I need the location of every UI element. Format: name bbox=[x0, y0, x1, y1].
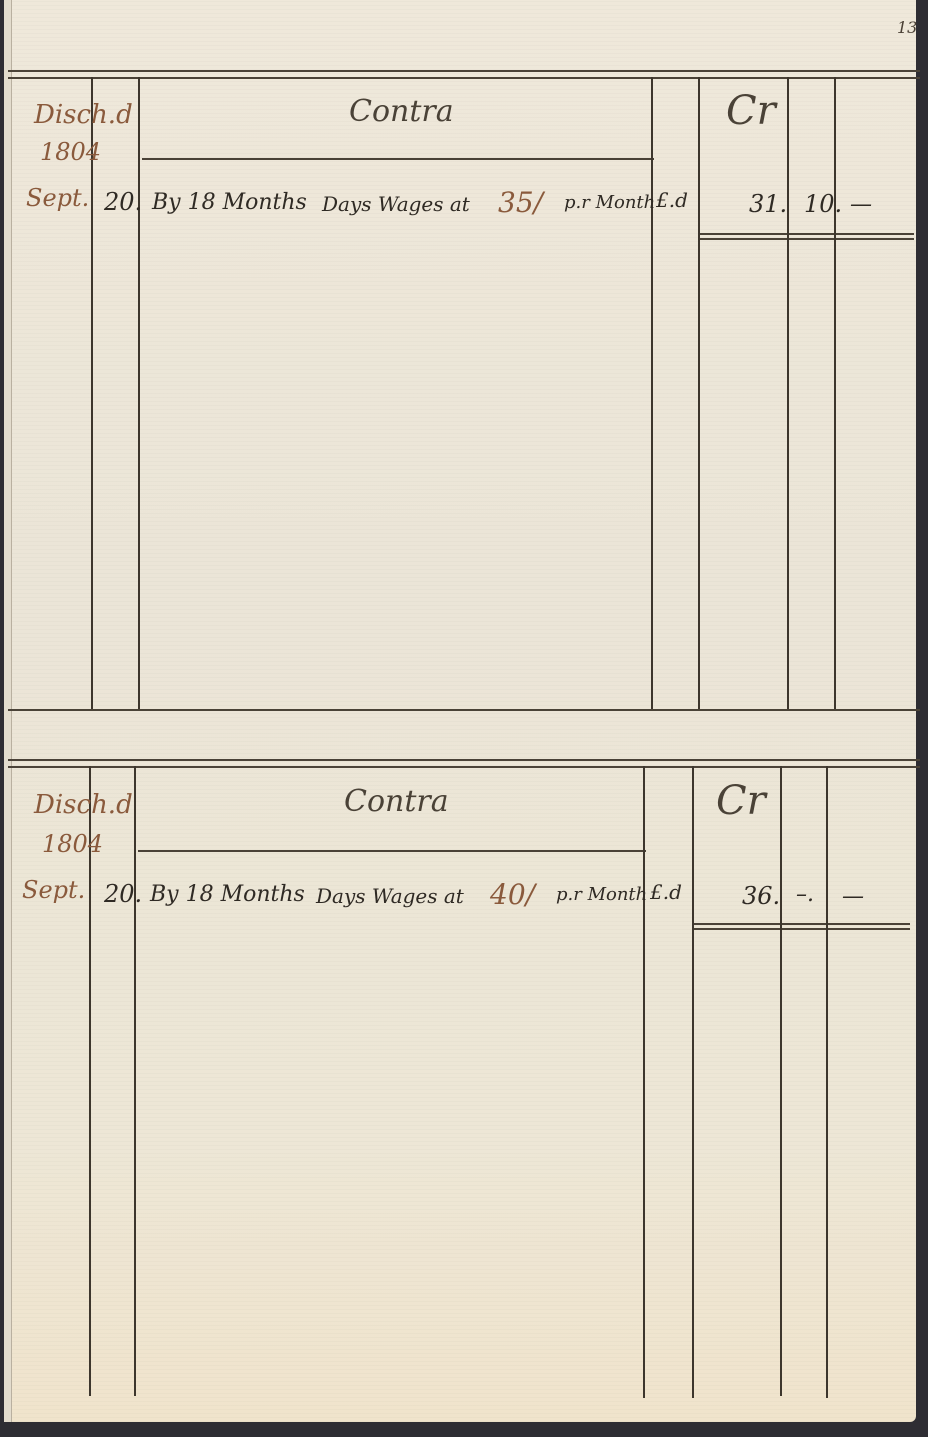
entry-per: p.r Month bbox=[556, 884, 647, 905]
page-number: 13 bbox=[897, 18, 917, 37]
section-heading: Contra bbox=[344, 784, 449, 819]
date-column-line bbox=[89, 766, 91, 1396]
header-divider bbox=[142, 158, 654, 160]
credit-marker: Cr bbox=[726, 88, 776, 134]
binding-gutter bbox=[4, 0, 12, 1422]
day-column-line bbox=[138, 77, 140, 709]
header-divider bbox=[138, 850, 646, 852]
pounds-column-line bbox=[698, 77, 700, 709]
entry-description-mid: Days Wages at bbox=[322, 192, 470, 216]
top-rule-2 bbox=[8, 766, 920, 768]
amount-shillings: 10. bbox=[804, 190, 842, 218]
top-rule-2 bbox=[8, 77, 920, 79]
margin-month: Sept. bbox=[22, 876, 85, 904]
day-column-line bbox=[134, 766, 136, 1396]
amount-pounds: 31. bbox=[749, 190, 787, 218]
bottom-rule bbox=[8, 709, 920, 711]
entry-currency: £.d bbox=[656, 188, 688, 212]
entry-day: 20. bbox=[104, 188, 142, 216]
entry-day: 20. bbox=[104, 880, 142, 908]
pounds-column-line bbox=[692, 766, 694, 1398]
top-rule bbox=[8, 70, 920, 72]
section-heading: Contra bbox=[349, 94, 454, 129]
date-column-line bbox=[91, 77, 93, 709]
pence-column-line bbox=[834, 77, 836, 709]
credit-marker: Cr bbox=[716, 778, 766, 824]
total-rule-2 bbox=[698, 238, 914, 240]
ledger-page: 13 Contra Cr Disch.d 1804 Sept. 20. By 1… bbox=[4, 0, 916, 1422]
total-rule bbox=[692, 923, 910, 925]
folio-column-line bbox=[643, 766, 645, 1398]
entry-per: p.r Month bbox=[564, 192, 655, 213]
amount-pence: — bbox=[842, 884, 864, 909]
entry-description: By 18 Months bbox=[152, 190, 307, 215]
entry-currency: £.d bbox=[650, 880, 682, 904]
total-rule bbox=[698, 233, 914, 235]
folio-column-line bbox=[651, 77, 653, 709]
pence-column-line bbox=[826, 766, 828, 1398]
margin-year: 1804 bbox=[42, 830, 103, 858]
margin-label: Disch.d bbox=[34, 100, 133, 130]
margin-month: Sept. bbox=[26, 184, 89, 212]
entry-rate: 40/ bbox=[490, 878, 535, 911]
entry-rate: 35/ bbox=[498, 186, 543, 219]
amount-shillings: –. bbox=[796, 882, 814, 907]
margin-label: Disch.d bbox=[34, 790, 133, 820]
amount-pence: — bbox=[850, 192, 872, 217]
amount-pounds: 36. bbox=[742, 882, 780, 910]
total-rule-2 bbox=[692, 928, 910, 930]
shillings-column-line bbox=[787, 77, 789, 709]
entry-description-mid: Days Wages at bbox=[316, 884, 464, 908]
entry-description: By 18 Months bbox=[150, 882, 305, 907]
top-rule bbox=[8, 759, 920, 761]
shillings-column-line bbox=[780, 766, 782, 1396]
margin-year: 1804 bbox=[40, 138, 101, 166]
